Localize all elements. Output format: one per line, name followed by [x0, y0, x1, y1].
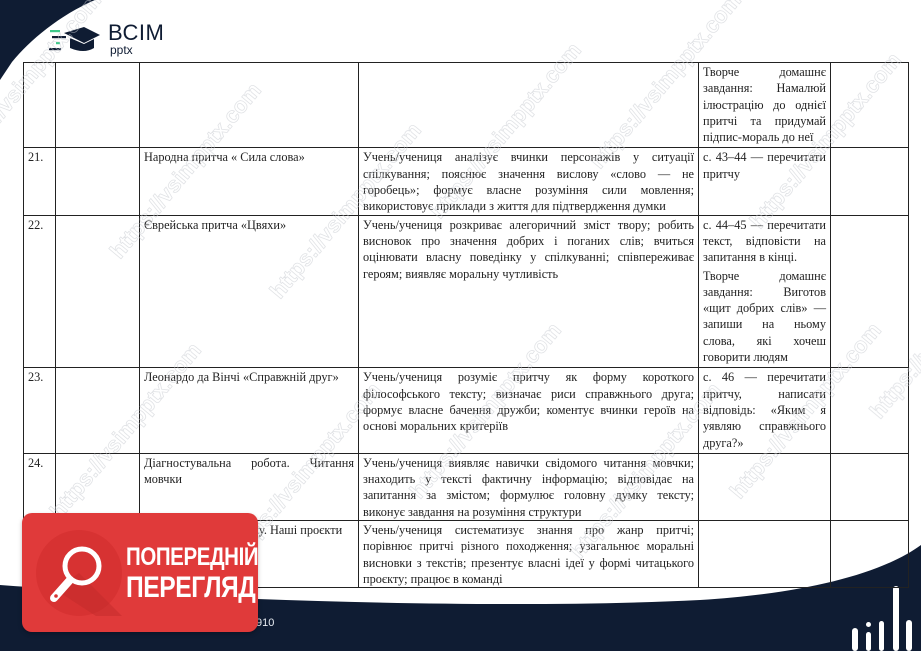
cell-outcomes: Учень/учениця розкриває алегоричний зміс…	[359, 215, 699, 368]
cell-notes	[831, 453, 909, 520]
preview-label-line2: ПЕРЕГЛЯД	[126, 572, 258, 604]
magnifier-circle	[36, 530, 122, 616]
logo: ВСІМ pptx	[48, 22, 164, 56]
cell-homework: с. 44–45 — перечитати текст, відповісти …	[699, 215, 831, 368]
cell-outcomes: Учень/учениця розуміє притчу як форму ко…	[359, 368, 699, 453]
cell-notes	[831, 63, 909, 148]
homework-text: с. 46 — перечитати притчу, написати відп…	[703, 369, 826, 450]
preview-label-line1: ПОПЕРЕДНІЙ	[126, 543, 258, 572]
cell-outcomes: Учень/учениця систематизує знання про жа…	[359, 521, 699, 588]
cell-homework	[699, 521, 831, 588]
bars-logo-icon	[852, 586, 912, 651]
cell-outcomes	[359, 63, 699, 148]
cell-homework: Творче домашнє завдання: Намалюй ілюстра…	[699, 63, 831, 148]
cell-date	[56, 368, 140, 453]
cell-outcomes: Учень/учениця аналізує вчинки персонажів…	[359, 148, 699, 215]
cell-number	[24, 63, 56, 148]
cell-topic: Діагностувальна робота. Читання мовчки	[140, 453, 359, 520]
cell-topic	[140, 63, 359, 148]
cell-date	[56, 63, 140, 148]
cell-notes	[831, 521, 909, 588]
cell-notes	[831, 148, 909, 215]
cell-outcomes: Учень/учениця виявляє навички свідомого …	[359, 453, 699, 520]
cell-number: 22.	[24, 215, 56, 368]
cell-topic: Єврейська притча «Цвяхи»	[140, 215, 359, 368]
table-row: 24. Діагностувальна робота. Читання мовч…	[24, 453, 909, 520]
table-row: 22. Єврейська притча «Цвяхи» Учень/учени…	[24, 215, 909, 368]
cell-homework: с. 43–44 — перечитати притчу	[699, 148, 831, 215]
homework-text: с. 43–44 — перечитати притчу	[703, 149, 826, 182]
lesson-plan-table: Творче домашнє завдання: Намалюй ілюстра…	[23, 62, 909, 588]
logo-subtitle: pptx	[110, 44, 164, 56]
homework-text: с. 44–45 — перечитати текст, відповісти …	[703, 217, 826, 266]
homework-creative-text: Творче домашнє завдання: Виготов «щит до…	[703, 268, 826, 366]
graduation-cap-icon	[48, 24, 102, 54]
table-row: 23. Леонардо да Вінчі «Справжній друг» У…	[24, 368, 909, 453]
cell-notes	[831, 215, 909, 368]
cell-date	[56, 215, 140, 368]
cell-topic: Народна притча « Сила слова»	[140, 148, 359, 215]
magnifier-icon	[36, 530, 122, 616]
page-number: 910	[256, 617, 274, 629]
cell-homework	[699, 453, 831, 520]
cell-number: 23.	[24, 368, 56, 453]
homework-text: Творче домашнє завдання: Намалюй ілюстра…	[703, 64, 826, 145]
preview-badge[interactable]: ПОПЕРЕДНІЙ ПЕРЕГЛЯД	[22, 513, 258, 632]
cell-number: 24.	[24, 453, 56, 520]
logo-title: ВСІМ	[108, 22, 164, 44]
preview-label: ПОПЕРЕДНІЙ ПЕРЕГЛЯД	[126, 543, 258, 604]
cell-date	[56, 148, 140, 215]
table-row: Творче домашнє завдання: Намалюй ілюстра…	[24, 63, 909, 148]
cell-date	[56, 453, 140, 520]
cell-topic: Леонардо да Вінчі «Справжній друг»	[140, 368, 359, 453]
cell-homework: с. 46 — перечитати притчу, написати відп…	[699, 368, 831, 453]
table-row: 21. Народна притча « Сила слова» Учень/у…	[24, 148, 909, 215]
cell-notes	[831, 368, 909, 453]
cell-number: 21.	[24, 148, 56, 215]
